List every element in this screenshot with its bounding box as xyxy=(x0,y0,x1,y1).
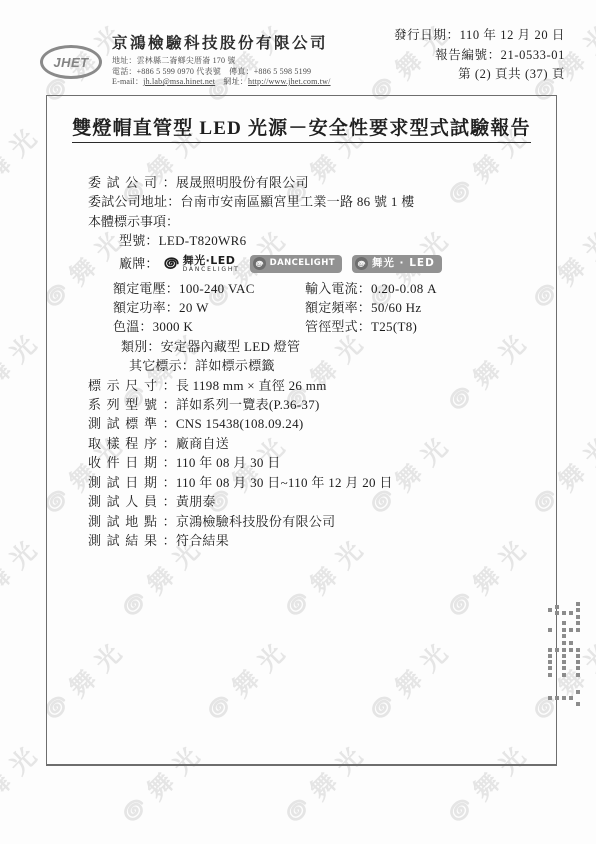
receive-date-row: 收 件 日 期 ：110 年 08 月 30 日 xyxy=(88,453,556,472)
brand-watermark: 舞光 xyxy=(0,531,45,629)
field-value: 長 1198 mm × 直徑 26 mm xyxy=(176,378,327,393)
swirl-icon xyxy=(253,257,266,270)
swirl-icon xyxy=(355,257,368,270)
field-value: 20 W xyxy=(179,300,209,315)
sampling-row: 取 樣 程 序 ：廠商自送 xyxy=(88,434,556,453)
perforation-dot xyxy=(562,660,566,664)
brand-en-text: DANCELIGHT xyxy=(270,254,335,273)
perforation-dot xyxy=(576,654,580,658)
report-title: 雙燈帽直管型 LED 光源－安全性要求型式試驗報告 xyxy=(72,118,531,143)
report-number: 報告編號：21-0533-01 xyxy=(394,46,565,66)
field-label: 測 試 結 果 ： xyxy=(88,533,176,548)
perforation-dot xyxy=(562,641,566,645)
dancelight-logo-pill-zh: 舞光 · LED xyxy=(352,255,442,273)
perforation-dot xyxy=(562,654,566,658)
client-address-row: 委試公司地址：台南市安南區顯宮里工業一路 86 號 1 樓 xyxy=(88,192,556,211)
field-label: 測 試 日 期 ： xyxy=(88,475,176,490)
field-value: 50/60 Hz xyxy=(371,300,421,315)
perforation-dot xyxy=(576,666,580,670)
field-value: T25(T8) xyxy=(371,319,417,334)
field-label: 委 試 公 司 ： xyxy=(88,175,176,190)
test-standard-row: 測 試 標 準 ：CNS 15438(108.09.24) xyxy=(88,414,556,433)
perforation-dot xyxy=(576,602,580,606)
brand-watermark: 舞光 xyxy=(110,0,208,11)
test-date-row: 測 試 日 期 ：110 年 08 月 30 日~110 年 12 月 20 日 xyxy=(88,473,556,492)
website-link[interactable]: http://www.jhet.com.tw/ xyxy=(248,77,331,86)
model-row: 型號：LED-T820WR6 xyxy=(119,231,556,250)
perforation-dot xyxy=(562,673,566,677)
other-marking-row: 其它標示：詳如標示標籤 xyxy=(129,356,556,375)
perforation-dot xyxy=(569,628,573,632)
field-label: 額定功率： xyxy=(113,300,179,315)
company-email-line: E-mail：jh.lab@msa.hinet.net 網址：http://ww… xyxy=(112,77,331,88)
client-company-row: 委 試 公 司 ：展晟照明股份有限公司 xyxy=(88,173,556,192)
dancelight-logo-pill-en: DANCELIGHT xyxy=(250,255,342,273)
field-value: 3000 K xyxy=(153,319,193,334)
brand-watermark: 舞光 xyxy=(0,0,45,11)
perforation-dot xyxy=(576,621,580,625)
swirl-icon xyxy=(112,790,154,832)
report-meta: 發行日期：110 年 12 月 20 日 報告編號：21-0533-01 第 (… xyxy=(394,26,565,85)
jhet-logo-text: JHET xyxy=(53,55,88,70)
field-value: 110 年 08 月 30 日 xyxy=(176,455,281,470)
field-label: 測 試 地 點 ： xyxy=(88,514,176,529)
field-label: 型號： xyxy=(119,233,159,248)
perforation-dot xyxy=(576,628,580,632)
brand-watermark: 舞光 xyxy=(0,325,45,423)
perforation-dot xyxy=(562,666,566,670)
email-label: E-mail： xyxy=(112,77,143,86)
field-value: 黃朋泰 xyxy=(176,494,216,509)
brand-watermark: 舞光 xyxy=(436,0,534,11)
perforation-dot xyxy=(562,634,566,638)
perforation-dot xyxy=(562,611,566,615)
swirl-icon xyxy=(161,254,180,273)
field-label: 類別： xyxy=(121,339,161,354)
report-title-row: 雙燈帽直管型 LED 光源－安全性要求型式試驗報告 xyxy=(47,113,556,140)
test-result-row: 測 試 結 果 ：符合結果 xyxy=(88,531,556,550)
swirl-icon xyxy=(275,0,317,9)
perforation-dot xyxy=(576,660,580,664)
field-label: 廠牌： xyxy=(119,254,159,273)
perforation-dot xyxy=(576,690,580,694)
brand-zh-text: 舞光 · LED xyxy=(372,254,435,273)
series-model-row: 系 列 型 號 ：詳如系列一覽表(P.36-37) xyxy=(88,395,556,414)
brand-watermark: 舞光 xyxy=(273,0,371,11)
perforation-dot xyxy=(569,648,573,652)
field-value: LED-T820WR6 xyxy=(159,233,247,248)
report-frame: 雙燈帽直管型 LED 光源－安全性要求型式試驗報告 委 試 公 司 ：展晟照明股… xyxy=(46,95,557,766)
brand-en-text: DANCELIGHT xyxy=(183,267,240,273)
field-value: 符合結果 xyxy=(176,533,229,548)
perforation-dot xyxy=(576,702,580,706)
swirl-icon xyxy=(275,790,317,832)
field-label: 其它標示： xyxy=(129,358,195,373)
field-label: 標 示 尺 寸 ： xyxy=(88,378,176,393)
field-value: 廠商自送 xyxy=(176,436,229,451)
company-name: 京鴻檢驗科技股份有限公司 xyxy=(112,31,331,53)
field-value: 0.20-0.08 A xyxy=(371,281,437,296)
field-label: 取 樣 程 序 ： xyxy=(88,436,176,451)
brand-watermark: 舞光 xyxy=(0,737,45,835)
issue-date: 發行日期：110 年 12 月 20 日 xyxy=(394,26,565,46)
perforation-dot xyxy=(569,611,573,615)
category-row: 類別：安定器內藏型 LED 燈管 xyxy=(121,337,556,356)
perforation-dot xyxy=(576,673,580,677)
company-contact: 地址：雲林縣二崙鄉尖厝崙 170 號 電話：+886 5 599 0970 代表… xyxy=(112,56,331,88)
perforation-dot xyxy=(562,621,566,625)
field-value: 京鴻檢驗科技股份有限公司 xyxy=(176,514,336,529)
field-label: 系 列 型 號 ： xyxy=(88,397,176,412)
perforation-dot xyxy=(562,696,566,700)
page-number: 第 (2) 頁共 (37) 頁 xyxy=(394,65,565,85)
tester-row: 測 試 人 員 ：黃朋泰 xyxy=(88,492,556,511)
company-phone: 電話：+886 5 599 0970 代表號 傳真：+886 5 598 519… xyxy=(112,67,331,78)
field-value: 安定器內藏型 LED 燈管 xyxy=(161,339,301,354)
field-value: 詳如標示標籤 xyxy=(195,358,275,373)
company-address: 地址：雲林縣二崙鄉尖厝崙 170 號 xyxy=(112,56,331,67)
field-label: 額定頻率： xyxy=(305,300,371,315)
spec-row-power: 額定功率：20 W 額定頻率：50/60 Hz xyxy=(113,298,556,317)
brand-logos: 舞光·LED DANCELIGHT DANCELIGHT 舞光 · LED xyxy=(161,254,442,273)
company-block: 京鴻檢驗科技股份有限公司 地址：雲林縣二崙鄉尖厝崙 170 號 電話：+886 … xyxy=(112,31,331,88)
field-value: 詳如系列一覽表(P.36-37) xyxy=(176,397,320,412)
website-label: 網址： xyxy=(215,77,248,86)
field-label: 管徑型式： xyxy=(305,319,371,334)
field-label: 測 試 標 準 ： xyxy=(88,416,176,431)
report-body: 委 試 公 司 ：展晟照明股份有限公司 委試公司地址：台南市安南區顯宮里工業一路… xyxy=(47,173,556,550)
field-value: CNS 15438(108.09.24) xyxy=(176,416,304,431)
spec-row-color-temp: 色溫：3000 K 管徑型式：T25(T8) xyxy=(113,317,556,336)
test-location-row: 測 試 地 點 ：京鴻檢驗科技股份有限公司 xyxy=(88,512,556,531)
brand-row: 廠牌： 舞光·LED DANCELIGHT DANCELIGHT 舞光 · LE… xyxy=(119,252,556,276)
perforation-dot xyxy=(562,628,566,632)
field-label: 輸入電流： xyxy=(305,281,371,296)
perforation-dot xyxy=(576,648,580,652)
field-label: 收 件 日 期 ： xyxy=(88,455,176,470)
spec-row-voltage: 額定電壓：100-240 VAC 輸入電流：0.20-0.08 A xyxy=(113,279,556,298)
field-label: 測 試 人 員 ： xyxy=(88,494,176,509)
swirl-icon xyxy=(438,790,480,832)
brand-zh-text: 舞光·LED xyxy=(183,255,240,266)
dimension-row: 標 示 尺 寸 ：長 1198 mm × 直徑 26 mm xyxy=(88,376,556,395)
perforation-dot xyxy=(569,696,573,700)
dancelight-logo-bw: 舞光·LED DANCELIGHT xyxy=(161,254,240,273)
swirl-icon xyxy=(438,0,480,9)
field-value: 展晟照明股份有限公司 xyxy=(176,175,309,190)
marking-section-header: 本體標示事項： xyxy=(88,212,556,231)
perforation-dot xyxy=(562,648,566,652)
perforation-dot xyxy=(576,608,580,612)
field-value: 台南市安南區顯宮里工業一路 86 號 1 樓 xyxy=(180,194,414,209)
field-label: 額定電壓： xyxy=(113,281,179,296)
brand-watermark: 舞光 xyxy=(0,119,45,217)
swirl-icon xyxy=(112,0,154,9)
perforation-dot xyxy=(569,641,573,645)
field-label: 委試公司地址： xyxy=(88,194,180,209)
field-value: 100-240 VAC xyxy=(179,281,255,296)
perforation-dot xyxy=(576,615,580,619)
field-value: 110 年 08 月 30 日~110 年 12 月 20 日 xyxy=(176,475,393,490)
field-label: 色溫： xyxy=(113,319,153,334)
jhet-logo: JHET xyxy=(40,45,102,79)
email-link[interactable]: jh.lab@msa.hinet.net xyxy=(143,77,215,86)
